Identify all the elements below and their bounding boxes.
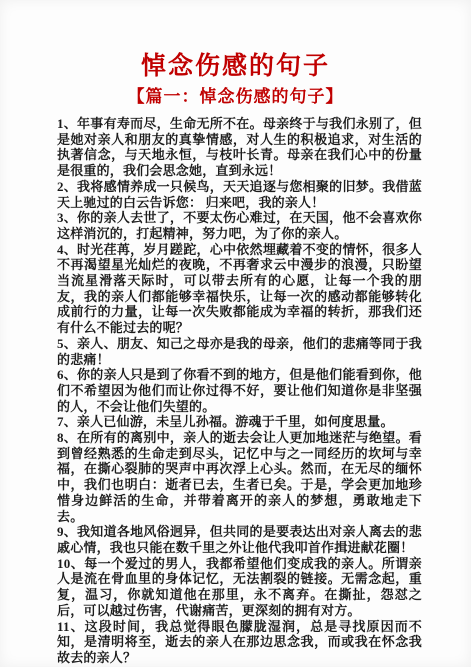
paragraph: 4、时光荏苒，岁月蹉跎，心中依然埋藏着不变的情怀，很多人不再渴望星光灿烂的夜晚，… <box>57 242 422 336</box>
document-body: 1、年事有寿而尽，生命无所不在。母亲终于与我们永别了，但是她对亲人和朋友的真挚情… <box>57 116 422 666</box>
paragraph: 10、每一个爱过的男人，我都希望他们变成我的亲人。所谓亲人是流在骨血里的身体记忆… <box>57 556 422 619</box>
paragraph: 1、年事有寿而尽，生命无所不在。母亲终于与我们永别了，但是她对亲人和朋友的真挚情… <box>57 116 422 179</box>
paragraph: 5、亲人、朋友、知己之母亦是我的母亲，他们的悲痛等同于我的悲痛！ <box>57 336 422 367</box>
paragraph: 11、这段时间，我总觉得眼色朦胧湿润，总是寻找原因而不知，是清明将至，逝去的亲人… <box>57 619 422 666</box>
paragraph: 9、我知道各地风俗迥异，但共同的是要表达出对亲人离去的悲戚心情，我也只能在数千里… <box>57 524 422 555</box>
paragraph: 7、亲人已仙游，未呈儿孙福。游魂于千里，如何度思量。 <box>57 414 422 430</box>
document-title: 悼念伤感的句子 <box>0 52 471 82</box>
document-subtitle: 【篇一：悼念伤感的句子】 <box>0 86 471 108</box>
paragraph: 8、在所有的离别中，亲人的逝去会让人更加地迷茫与绝望。看到曾经熟悉的生命走到尽头… <box>57 430 422 524</box>
paragraph: 6、你的亲人只是到了你看不到的地方，但是他们能看到你，他们不希望因为他们而让你过… <box>57 367 422 414</box>
document-page: 悼念伤感的句子 【篇一：悼念伤感的句子】 1、年事有寿而尽，生命无所不在。母亲终… <box>0 0 471 667</box>
paragraph: 3、你的亲人去世了，不要太伤心难过，在天国，他不会喜欢你这样消沉的，打起精神，努… <box>57 210 422 241</box>
paragraph: 2、我将感情养成一只候鸟，天天追逐与您相聚的旧梦。我借蓝天上驰过的白云告诉您： … <box>57 179 422 210</box>
